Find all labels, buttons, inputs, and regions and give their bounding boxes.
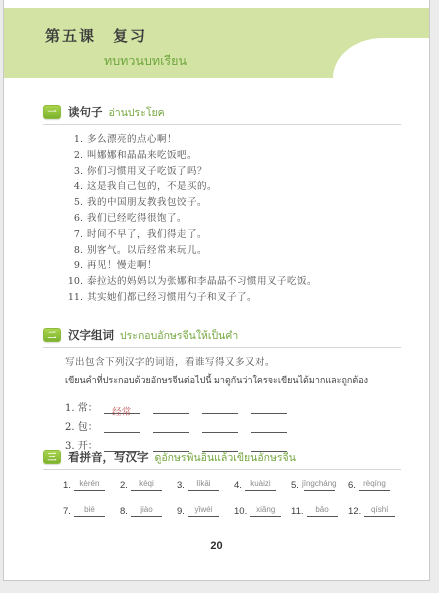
- sentence-row: 2.叫娜娜和晶晶来吃饭吧。: [62, 148, 429, 164]
- sentence-row: 1.多么漂亮的点心啊！: [62, 132, 429, 148]
- sentence-number: 3.: [62, 164, 83, 180]
- sentence-number: 11.: [62, 290, 83, 306]
- answer-blank[interactable]: [359, 490, 390, 491]
- sentence-row: 6.我们已经吃得很饱了。: [62, 211, 429, 227]
- pinyin-cell: 1.kèrén: [63, 479, 120, 491]
- section2-title: 汉字组词: [68, 327, 114, 343]
- section1-number-badge: 一: [43, 105, 61, 119]
- sentence-text: 你们习惯用叉子吃饭了吗？: [87, 164, 207, 180]
- answer-blank[interactable]: [245, 490, 276, 491]
- section3-title: 看拼音，写汉字: [68, 449, 149, 465]
- pinyin-number: 11.: [291, 506, 304, 517]
- section1-title-thai: อ่านประโยค: [109, 104, 165, 121]
- sentence-list: 1.多么漂亮的点心啊！ 2.叫娜娜和晶晶来吃饭吧。 3.你们习惯用叉子吃饭了吗？…: [62, 132, 429, 306]
- pinyin-cell: 9.yǐwéi: [177, 505, 234, 517]
- pinyin-number: 6.: [348, 480, 356, 491]
- sentence-text: 叫娜娜和晶晶来吃饭吧。: [87, 148, 197, 164]
- pinyin-cell: 11.bǎo: [291, 505, 348, 517]
- section3-title-thai: ดูอักษรพินอินแล้วเขียนอักษรจีน: [155, 449, 296, 466]
- lesson-title: 第五课 复习: [45, 25, 147, 46]
- word-item-label: 1. 常：: [65, 399, 98, 414]
- answer-blank[interactable]: [188, 516, 219, 517]
- section-pinyin-writing: 三 看拼音，写汉字 ดูอักษรพินอินแล้วเขียนอักษรจีน…: [4, 449, 429, 517]
- sentence-text: 再见！慢走啊！: [87, 258, 157, 274]
- banner-curve: [333, 38, 429, 78]
- pinyin-text: kèqi: [139, 479, 154, 488]
- section2-number-badge: 二: [43, 328, 61, 342]
- instruction-chinese: 写出包含下列汉字的词语，看谁写得又多又对。: [65, 354, 429, 368]
- word-item-list: 1. 常： 经常 2. 包： 3. 开：: [65, 395, 429, 452]
- sentence-number: 4.: [62, 179, 83, 195]
- answer-blank[interactable]: [74, 490, 105, 491]
- answer-blank[interactable]: [153, 421, 189, 433]
- sentence-text: 别客气。以后经常来玩儿。: [87, 243, 207, 259]
- word-item-label: 2. 包：: [65, 418, 98, 433]
- answer-blank[interactable]: [131, 490, 162, 491]
- workbook-page: 第五课 复习 ทบทวนบทเรียน 一 读句子 อ่านประโยค 1.多…: [3, 0, 430, 581]
- sentence-number: 2.: [62, 148, 83, 164]
- pinyin-cell: 7.bié: [63, 505, 120, 517]
- sentence-text: 多么漂亮的点心啊！: [87, 132, 177, 148]
- sentence-row: 4.这是我自己包的，不是买的。: [62, 179, 429, 195]
- answer-blank[interactable]: [364, 516, 395, 517]
- pinyin-text: jiào: [140, 505, 152, 514]
- answer-blank[interactable]: [153, 402, 189, 414]
- answer-blank[interactable]: [307, 516, 338, 517]
- sentence-row: 8.别客气。以后经常来玩儿。: [62, 243, 429, 259]
- pinyin-number: 7.: [63, 506, 71, 517]
- instruction-thai: เขียนคำที่ประกอบด้วยอักษรจีนต่อไปนี้ มาด…: [65, 373, 429, 387]
- sentence-row: 10.泰拉达的妈妈以为张娜和李晶晶不习惯用叉子吃饭。: [62, 274, 429, 290]
- sentence-row: 7.时间不早了，我们得走了。: [62, 227, 429, 243]
- section1-title: 读句子: [68, 104, 103, 120]
- sentence-row: 9.再见！慢走啊！: [62, 258, 429, 274]
- answer-blank[interactable]: [202, 402, 238, 414]
- answer-blank[interactable]: [304, 490, 335, 491]
- pinyin-text: bié: [84, 505, 95, 514]
- pinyin-text: qíshí: [371, 505, 388, 514]
- sentence-text: 我们已经吃得很饱了。: [87, 211, 187, 227]
- sentence-text: 这是我自己包的，不是买的。: [87, 179, 217, 195]
- pinyin-row: 1.kèrén 2.kèqi 3.líkāi 4.kuàizi 5.jīngch…: [63, 479, 429, 491]
- pinyin-text: kèrén: [79, 479, 99, 488]
- section-word-building: 二 汉字组词 ประกอบอักษรจีนให้เป็นคำ 写出包含下列汉字的…: [4, 327, 429, 452]
- answer-blank[interactable]: [250, 516, 281, 517]
- pinyin-text: bǎo: [315, 505, 328, 514]
- lesson-subtitle-thai: ทบทวนบทเรียน: [104, 51, 187, 71]
- pinyin-cell: 4.kuàizi: [234, 479, 291, 491]
- pinyin-cell: 3.líkāi: [177, 479, 234, 491]
- answer-blank[interactable]: [74, 516, 105, 517]
- pinyin-text: líkāi: [196, 479, 210, 488]
- pinyin-number: 5.: [291, 480, 299, 491]
- word-item: 1. 常： 经常: [65, 395, 429, 414]
- pinyin-text: kuàizi: [250, 479, 270, 488]
- pinyin-text: jīngcháng: [302, 479, 337, 488]
- section-read-sentences: 一 读句子 อ่านประโยค 1.多么漂亮的点心啊！ 2.叫娜娜和晶晶来吃饭…: [4, 104, 429, 306]
- answer-blank[interactable]: [202, 421, 238, 433]
- sentence-row: 11.其实她们都已经习惯用勺子和叉子了。: [62, 290, 429, 306]
- section2-divider: [43, 347, 401, 348]
- section3-divider: [43, 469, 401, 470]
- pinyin-cell: 2.kèqi: [120, 479, 177, 491]
- example-answer: 经常: [112, 407, 131, 418]
- section2-title-thai: ประกอบอักษรจีนให้เป็นคำ: [120, 327, 238, 344]
- pinyin-number: 12.: [348, 506, 361, 517]
- answer-blank[interactable]: [251, 421, 287, 433]
- pinyin-cell: 6.rèqíng: [348, 479, 405, 491]
- sentence-number: 5.: [62, 195, 83, 211]
- section3-header: 三 看拼音，写汉字 ดูอักษรพินอินแล้วเขียนอักษรจีน: [43, 449, 429, 465]
- pinyin-text: rèqíng: [363, 479, 386, 488]
- lesson-header-banner: 第五课 复习 ทบทวนบทเรียน: [4, 8, 429, 78]
- page-number: 20: [4, 540, 429, 552]
- answer-blank[interactable]: [188, 490, 219, 491]
- sentence-row: 5.我的中国朋友教我包饺子。: [62, 195, 429, 211]
- pinyin-number: 3.: [177, 480, 185, 491]
- pinyin-number: 8.: [120, 506, 128, 517]
- pinyin-cell: 12.qíshí: [348, 505, 405, 517]
- section2-header: 二 汉字组词 ประกอบอักษรจีนให้เป็นคำ: [43, 327, 429, 343]
- pinyin-number: 4.: [234, 480, 242, 491]
- answer-blank[interactable]: 经常: [104, 402, 140, 414]
- pinyin-text: yǐwéi: [195, 505, 213, 514]
- answer-blank[interactable]: [251, 402, 287, 414]
- pinyin-number: 1.: [63, 480, 71, 491]
- sentence-text: 时间不早了，我们得走了。: [87, 227, 207, 243]
- pinyin-cell: 8.jiào: [120, 505, 177, 517]
- answer-blank[interactable]: [131, 516, 162, 517]
- pinyin-cell: 10.xiǎng: [234, 505, 291, 517]
- pinyin-text: xiǎng: [256, 505, 275, 514]
- sentence-text: 其实她们都已经习惯用勺子和叉子了。: [87, 290, 257, 306]
- sentence-text: 我的中国朋友教我包饺子。: [87, 195, 207, 211]
- pinyin-number: 9.: [177, 506, 185, 517]
- pinyin-cell: 5.jīngcháng: [291, 479, 348, 491]
- section3-number-badge: 三: [43, 450, 61, 464]
- sentence-row: 3.你们习惯用叉子吃饭了吗？: [62, 164, 429, 180]
- answer-blank[interactable]: [104, 421, 140, 433]
- sentence-text: 泰拉达的妈妈以为张娜和李晶晶不习惯用叉子吃饭。: [87, 274, 317, 290]
- sentence-number: 8.: [62, 243, 83, 259]
- sentence-number: 7.: [62, 227, 83, 243]
- sentence-number: 9.: [62, 258, 83, 274]
- pinyin-number: 10.: [234, 506, 247, 517]
- section1-header: 一 读句子 อ่านประโยค: [43, 104, 429, 120]
- pinyin-row: 7.bié 8.jiào 9.yǐwéi 10.xiǎng 11.bǎo 12.…: [63, 505, 429, 517]
- book-page-background: 第五课 复习 ทบทวนบทเรียน 一 读句子 อ่านประโยค 1.多…: [0, 0, 439, 593]
- sentence-number: 6.: [62, 211, 83, 227]
- section1-divider: [43, 124, 401, 125]
- pinyin-number: 2.: [120, 480, 128, 491]
- sentence-number: 10.: [62, 274, 83, 290]
- sentence-number: 1.: [62, 132, 83, 148]
